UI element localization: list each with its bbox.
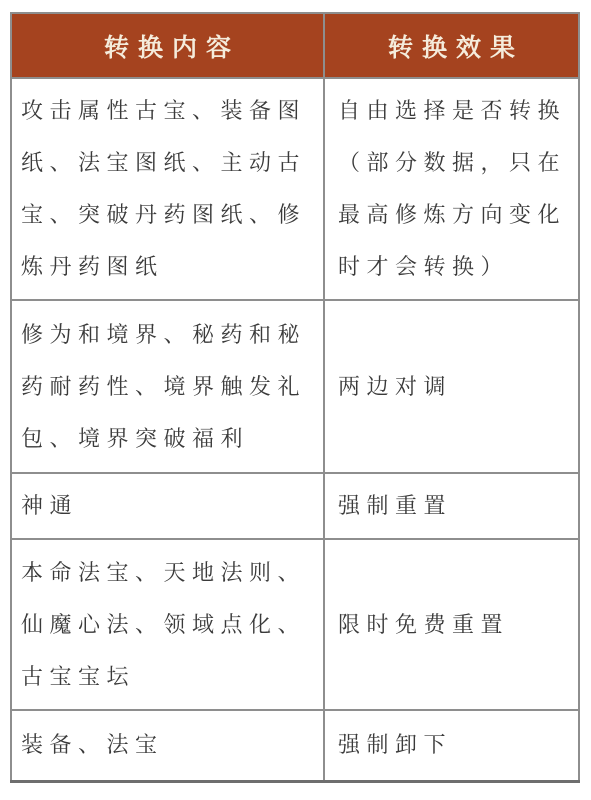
header-cell-conversion-content: 转换内容 <box>11 13 324 78</box>
table-row: 本命法宝、天地法则、 仙魔心法、领域点化、 古宝宝坛 限时免费重置 <box>11 539 579 710</box>
cell-effect: 强制重置 <box>324 473 579 539</box>
table-row: 攻击属性古宝、装备图 纸、法宝图纸、主动古 宝、突破丹药图纸、修 炼丹药图纸 自… <box>11 78 579 300</box>
cell-content: 装备、法宝 <box>11 710 324 781</box>
page: { "colors": { "header_bg": "#A5431F", "h… <box>0 0 591 800</box>
table-row: 修为和境界、秘药和秘 药耐药性、境界触发礼 包、境界突破福利 两边对调 <box>11 300 579 473</box>
cell-content: 修为和境界、秘药和秘 药耐药性、境界触发礼 包、境界突破福利 <box>11 300 324 473</box>
table-row: 装备、法宝 强制卸下 <box>11 710 579 781</box>
cell-effect: 限时免费重置 <box>324 539 579 710</box>
cell-effect: 自由选择是否转换 （部分数据，只在 最高修炼方向变化 时才会转换） <box>324 78 579 300</box>
cell-content: 神通 <box>11 473 324 539</box>
cell-effect: 两边对调 <box>324 300 579 473</box>
header-cell-conversion-effect: 转换效果 <box>324 13 579 78</box>
cell-content: 攻击属性古宝、装备图 纸、法宝图纸、主动古 宝、突破丹药图纸、修 炼丹药图纸 <box>11 78 324 300</box>
header-row: 转换内容 转换效果 <box>11 13 579 78</box>
cell-effect: 强制卸下 <box>324 710 579 781</box>
cell-content: 本命法宝、天地法则、 仙魔心法、领域点化、 古宝宝坛 <box>11 539 324 710</box>
table-row: 神通 强制重置 <box>11 473 579 539</box>
conversion-table: 转换内容 转换效果 攻击属性古宝、装备图 纸、法宝图纸、主动古 宝、突破丹药图纸… <box>10 12 580 783</box>
